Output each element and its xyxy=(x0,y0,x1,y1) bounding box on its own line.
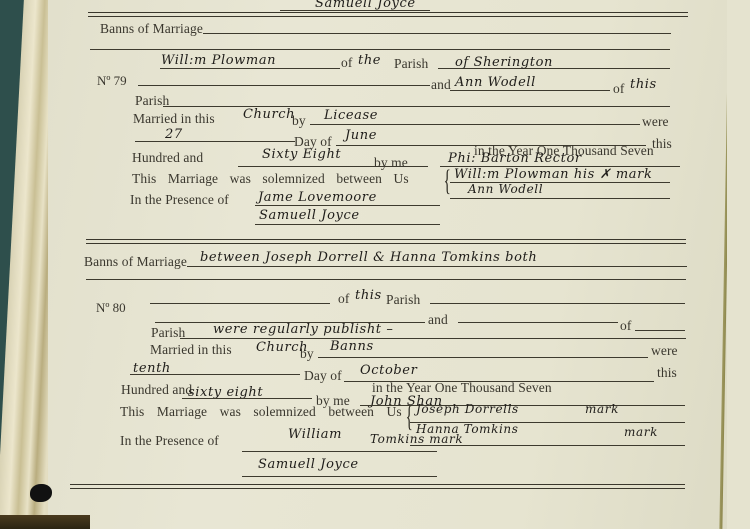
presence-label: In the Presence of xyxy=(130,192,229,208)
this-label: this xyxy=(657,365,677,381)
were-label: were xyxy=(642,114,669,130)
entry-separator xyxy=(70,484,685,489)
witness-2: Samuell Joyce xyxy=(258,457,359,472)
previous-witness: Samuell Joyce xyxy=(315,0,416,11)
by-value: Licease xyxy=(324,108,378,123)
married-label: Married in this xyxy=(133,111,215,127)
entry-separator xyxy=(88,12,688,17)
parish-label: Parish xyxy=(386,292,420,308)
witness-1-extra: Tomkins mark xyxy=(370,432,463,446)
hundred-label: Hundred and xyxy=(132,150,203,166)
officiant: Phi: Barton Rector xyxy=(448,151,582,166)
party-2-mark: mark xyxy=(624,425,658,439)
by-value: Banns xyxy=(330,339,374,354)
bride-parish-text: were regularly publisht – xyxy=(213,322,393,337)
month: June xyxy=(345,128,377,143)
brace: { xyxy=(444,166,451,196)
book-corner xyxy=(0,515,90,529)
hundred-label: Hundred and xyxy=(121,382,192,398)
witness-2: Samuell Joyce xyxy=(259,208,360,223)
by-label: by xyxy=(292,113,306,129)
entry-number: Nº 80 xyxy=(96,300,126,316)
this-label: this xyxy=(652,136,672,152)
groom-name: Will:m Plowman xyxy=(161,53,276,68)
ink-blot xyxy=(30,484,52,502)
bride-name: Ann Wodell xyxy=(455,75,536,90)
of-label-2: of xyxy=(620,318,631,334)
and-label: and xyxy=(431,77,451,93)
by-me-label: by me xyxy=(374,155,408,171)
parish-label: Parish xyxy=(394,56,428,72)
party-2: Ann Wodell xyxy=(468,182,543,196)
party-1-mark: mark xyxy=(585,402,619,416)
entry-number: Nº 79 xyxy=(97,73,127,89)
by-label: by xyxy=(300,346,314,362)
day-value: 27 xyxy=(165,127,183,142)
married-label: Married in this xyxy=(150,342,232,358)
place: Church xyxy=(243,107,295,122)
banns-label: Banns of Marriage xyxy=(84,254,187,270)
facing-page-edge xyxy=(727,0,750,529)
groom-of: this xyxy=(355,288,382,303)
banns-text: between Joseph Dorrell & Hanna Tomkins b… xyxy=(200,250,537,265)
witness-1: Jame Lovemoore xyxy=(258,190,377,205)
solemnized-label: This Marriage was solemnized between Us xyxy=(120,404,402,420)
of-label: of xyxy=(341,55,352,71)
and-label: and xyxy=(428,312,448,328)
brace: { xyxy=(406,402,413,432)
witness-1: William xyxy=(288,427,342,442)
solemnized-label: This Marriage was solemnized between Us xyxy=(132,171,409,187)
month: October xyxy=(360,363,417,378)
day-label: Day of xyxy=(304,368,342,384)
of-label-2: of xyxy=(613,81,624,97)
were-label: were xyxy=(651,343,678,359)
party-1: Joseph Dorrells xyxy=(416,402,519,416)
presence-label: In the Presence of xyxy=(120,433,219,449)
banns-label: Banns of Marriage xyxy=(100,21,203,37)
entry-separator xyxy=(86,239,686,244)
of-label: of xyxy=(338,291,349,307)
groom-parish: of Sherington xyxy=(455,55,553,70)
party-1: Will:m Plowman his ✗ mark xyxy=(454,167,652,182)
bride-of: this xyxy=(630,77,657,92)
year-value: Sixty Eight xyxy=(262,147,341,162)
groom-of: the xyxy=(358,53,381,68)
